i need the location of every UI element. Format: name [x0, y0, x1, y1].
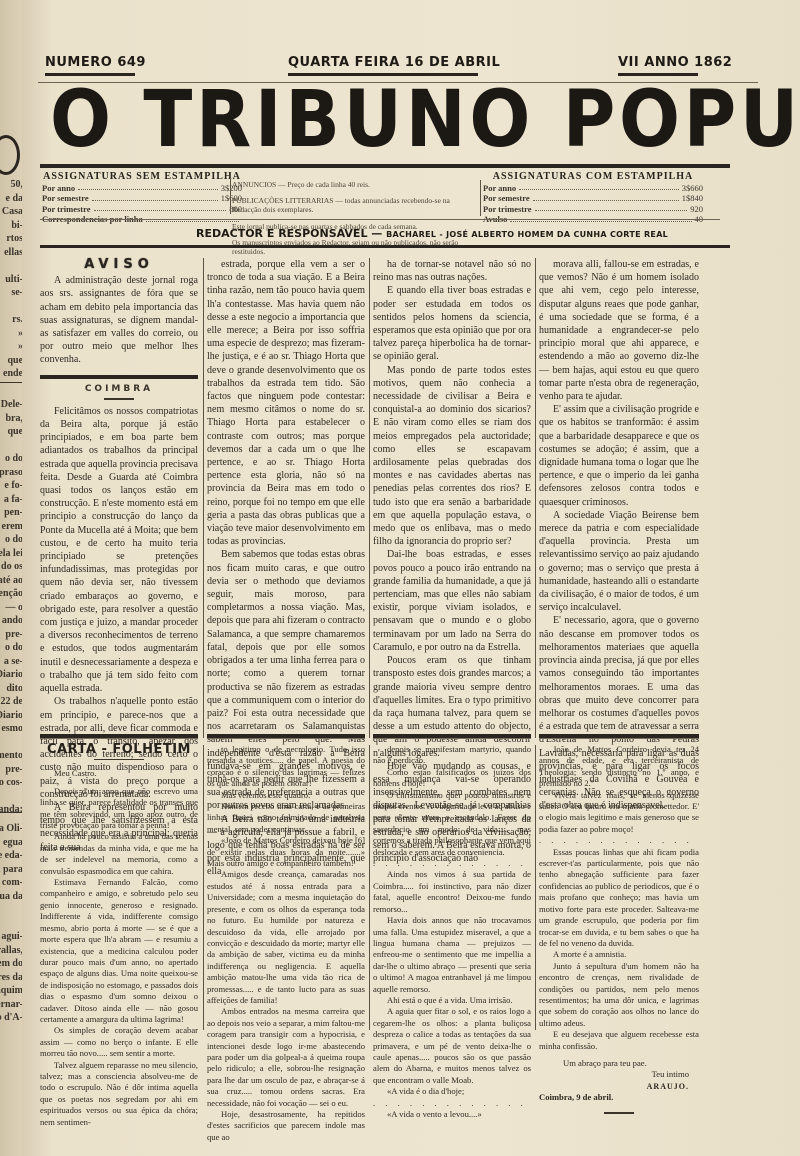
place-date: Coimbra, 9 de abril. [539, 1092, 699, 1103]
issue-year-text: VII ANNO 1862 [618, 55, 732, 70]
subscriptions-heading: ASSIGNATURAS COM ESTAMPILHA [483, 172, 703, 183]
ornament-dash [104, 398, 134, 400]
fragment-line: rs. [2, 313, 23, 327]
fragment-line [0, 790, 23, 804]
fragment-line: rtos [2, 232, 23, 246]
row-label: Por semestre [42, 193, 89, 204]
issue-number: NUMERO 649 [45, 55, 146, 76]
letter-paragraph: O christianismo quer poucos ministros e … [373, 790, 531, 858]
row-label: Por anno [483, 183, 516, 194]
letter-paragraph: A aguia quer fitar o sol, e os raios log… [373, 1006, 531, 1086]
row-label: Por semestre [483, 193, 530, 204]
fragment-line: 22 de [0, 695, 23, 709]
divider [230, 172, 231, 214]
editor-line: REDACTOR E RESPONSAVEL — BACHAREL - JOSÉ… [196, 227, 668, 240]
fragment-line [0, 439, 23, 453]
fragment-line [0, 736, 23, 750]
divider [480, 180, 481, 216]
ornament-icon [0, 135, 20, 175]
fragment-line: o do [0, 452, 23, 466]
article-paragraph: Mas pondo de parte todos estes motivos, … [373, 364, 531, 549]
fragment-line: o do [0, 641, 23, 655]
fragment-line: bi- [2, 219, 23, 233]
dot-leader [94, 204, 227, 212]
letter-paragraph: Amigos desde creança, camaradas nos estu… [207, 869, 365, 1006]
fragment-line: até ao [0, 574, 23, 588]
fragment-line: a Oli- [0, 822, 23, 836]
row-label: Por anno [42, 183, 75, 194]
signature: ARAUJO. [539, 1081, 699, 1092]
dot-leader [535, 204, 688, 212]
prev-page-text-bottom: a Oli-eguae eda-a paracom-rua da agui-va… [0, 822, 23, 1025]
letter-paragraph: «A vida é o dia d'hoje; [373, 1086, 531, 1097]
closing-line: Um abraço para teu pae. [539, 1058, 699, 1069]
dot-leader [92, 193, 218, 201]
row-price: 3$660 [682, 183, 703, 194]
divider [40, 245, 730, 248]
notice-heading: AVISO [40, 258, 198, 271]
column-4-top: morava alli, fallou-se em estradas, e qu… [539, 258, 699, 813]
fragment-line: o cos- [0, 776, 23, 790]
subscription-row: Por semestre1$600 [42, 193, 242, 204]
article-paragraph: E quando ella tiver boas estradas e pode… [373, 284, 531, 363]
fragment-line: oaquim [0, 984, 23, 998]
subscriptions-heading: ASSIGNATURAS SEM ESTAMPILHA [42, 172, 242, 183]
divider [40, 734, 198, 739]
fragment-line: pre- [0, 763, 23, 777]
fragment-line: 50, [2, 178, 23, 192]
issue-date-text: QUARTA FEIRA 16 DE ABRIL [288, 55, 500, 70]
divider [539, 734, 699, 739]
newspaper-title: O TRIBUNO POPULAR [50, 80, 694, 160]
letter-paragraph: Hoje, desastrosamente, ha repitidos d'es… [207, 1109, 365, 1143]
prev-page-rule [0, 382, 24, 383]
folhetim-column-3: depois se manifestam martyrio, quando nã… [373, 744, 531, 1120]
divider [373, 734, 531, 739]
letter-paragraph: Havia dois annos que não trocavamos uma … [373, 915, 531, 995]
letter-paragraph: «João de Mattos Cordeiro deixou hoje [6]… [207, 835, 365, 869]
fragment-line: res da [0, 971, 23, 985]
coimbra-heading: COIMBRA [40, 383, 198, 396]
letter-paragraph: A morte é a amnistia. [539, 949, 699, 960]
prev-page-rule [0, 812, 24, 813]
subscription-row: Por anno3$200 [42, 183, 242, 194]
fragment-line: ando [0, 614, 23, 628]
fragment-line: anda: [0, 803, 23, 817]
fragment-line: vallas, [0, 944, 23, 958]
divider [40, 219, 720, 220]
folhetim-column-2: to legitimo o de necrologio. Tudo isso t… [207, 744, 365, 1143]
row-price: 1$840 [682, 193, 703, 204]
letter-paragraph: to legitimo o de necrologio. Tudo isso t… [207, 744, 365, 790]
prev-page-text-middle: Dele-bra,que o doprasoe fo-a fa-pen-erem… [0, 398, 23, 817]
fragment-line [2, 259, 23, 273]
folhetim-heading: CARTA - FOLHETIM [40, 744, 198, 755]
letter-paragraph: . . . . . . . . . . . . . . . . . . . . … [373, 858, 531, 869]
column-divider [369, 258, 370, 738]
letter-paragraph: Ainda ha pouco assistia a uma das scenas… [40, 831, 198, 877]
subscription-row: Por anno3$660 [483, 183, 703, 194]
fragment-line: ulti- [2, 273, 23, 287]
article-paragraph: morava alli, fallou-se em estradas, e qu… [539, 258, 699, 403]
letter-paragraph: . . . . . . . . . . . . . . . [373, 1098, 531, 1109]
fragment-line: e da [2, 192, 23, 206]
row-price: 920 [690, 204, 703, 215]
fragment-line: mento [0, 749, 23, 763]
row-label: Por trimestre [42, 204, 91, 215]
fragment-line: e fo- [0, 479, 23, 493]
fragment-line: a para [0, 863, 23, 877]
fragment-line: enção [0, 587, 23, 601]
editor-label: REDACTOR E RESPONSAVEL — [196, 227, 382, 240]
letter-paragraph: João de Mattos Cordeiro devia ter 24 ann… [539, 744, 699, 790]
announcement-line: PUBLICAÇÕES LITTERARIAS — todas annuncia… [232, 196, 477, 214]
letter-paragraph: E eu desejava que alguem recebesse esta … [539, 1029, 699, 1052]
fragment-line: com- [0, 876, 23, 890]
editor-name: BACHAREL - JOSÉ ALBERTO HOMEM DA CUNHA C… [386, 230, 668, 239]
fragment-line: a se- [0, 655, 23, 669]
issue-date: QUARTA FEIRA 16 DE ABRIL [288, 55, 500, 76]
notice-text: A administração deste jornal roga aos sr… [40, 274, 198, 366]
column-divider [535, 258, 536, 738]
issue-number-text: NUMERO 649 [45, 55, 146, 70]
fragment-line: o do [0, 533, 23, 547]
subscriptions-without-stamp: ASSIGNATURAS SEM ESTAMPILHA Por anno3$20… [42, 172, 242, 225]
column-divider [369, 745, 370, 1030]
row-label: Por trimestre [483, 204, 532, 215]
letter-paragraph: Junto á sepultura d'um homem não ha enco… [539, 961, 699, 1029]
letter-paragraph: . . . . . . . . . . . . . . . . . . . . … [539, 835, 699, 846]
fragment-line: rua da [0, 890, 23, 904]
salutation: Meu Castro. [40, 768, 198, 779]
fragment-line: e eda- [0, 849, 23, 863]
subscription-row: Por trimestre920 [483, 204, 703, 215]
fragment-line [0, 917, 23, 931]
fragment-line: pen- [0, 506, 23, 520]
letter-paragraph: Essas poucas linhas que ahi ficam podia … [539, 847, 699, 950]
fragment-line: Diario [0, 668, 23, 682]
letter-paragraph: Estimava Fernando Falcão, como companhei… [40, 877, 198, 1025]
fragment-line: erem [0, 520, 23, 534]
column-divider [203, 258, 204, 738]
dot-leader [78, 183, 218, 191]
subscriptions-with-stamp: ASSIGNATURAS COM ESTAMPILHA Por anno3$66… [483, 172, 703, 225]
letter-paragraph: Depois d'um anno que não escrevo uma lin… [40, 786, 198, 832]
fragment-line: pre- [0, 628, 23, 642]
fragment-line: » [2, 327, 23, 341]
folhetim-column-4: João de Mattos Cordeiro devia ter 24 ann… [539, 744, 699, 1119]
fragment-line: se- [2, 286, 23, 300]
fragment-line: ellas [2, 246, 23, 260]
fragment-line: agui- [0, 930, 23, 944]
subscription-row: Por semestre1$840 [483, 193, 703, 204]
fragment-line: praso [0, 466, 23, 480]
letter-paragraph: «A vida o vento a levou....» [373, 1109, 531, 1120]
dot-leader [519, 183, 679, 191]
letter-paragraph: Vivera talvez mais, se menos quizesse sa… [539, 790, 699, 836]
fragment-line: Diario [0, 709, 23, 723]
article-paragraph: E' assim que a civilisação progride e qu… [539, 403, 699, 509]
fragment-line: » [2, 340, 23, 354]
fragment-line: — o [0, 601, 23, 615]
fragment-line [2, 300, 23, 314]
letter-paragraph: Hontem recebo uma carta, e ás primeiras … [207, 801, 365, 835]
fragment-line: em do [0, 957, 23, 971]
fragment-line: ende [2, 367, 23, 381]
fragment-line: do os [0, 560, 23, 574]
fragment-line: Casa [2, 205, 23, 219]
fragment-line: ernar- [0, 998, 23, 1012]
letter-paragraph: depois se manifestam martyrio, quando nã… [373, 744, 531, 767]
fragment-line [0, 903, 23, 917]
article-paragraph: Felicitâmos os nossos compatriotas da Be… [40, 405, 198, 695]
fragment-line: bra, [0, 412, 23, 426]
dot-leader [146, 214, 239, 222]
fragment-line: Dele- [0, 398, 23, 412]
letter-paragraph: Ambos entrados na mesma carreira que ao … [207, 1006, 365, 1109]
fragment-line: o d'A- [0, 1011, 23, 1025]
article-paragraph: ha de tornar-se notavel não só no reino … [373, 258, 531, 284]
issue-year: VII ANNO 1862 [618, 55, 732, 76]
announcements-info: ANNUNCIOS — Preço de cada linha 40 reis.… [232, 172, 477, 264]
article-paragraph: A sociedade Viação Beirense bem merece d… [539, 509, 699, 615]
fragment-line: esmo [0, 722, 23, 736]
underline [94, 759, 144, 760]
fragment-line: a fa- [0, 493, 23, 507]
fragment-line: ela lei [0, 547, 23, 561]
divider [207, 734, 365, 739]
ornament-dash [604, 1112, 634, 1114]
letter-paragraph: Ahi está o que é a vida. Uma irrisão. [373, 995, 531, 1006]
letter-paragraph: Como estão falsificados os juizos dos ho… [373, 767, 531, 790]
dot-leader [510, 214, 691, 222]
subscription-row: Por trimestre800 [42, 204, 242, 215]
column-divider [203, 745, 204, 1030]
dot-leader [533, 193, 679, 201]
divider [40, 164, 730, 168]
prev-page-text-top: 50,e daCasabi-rtosellas ulti-se- rs.»»qu… [2, 178, 23, 381]
fragment-line: egua [0, 836, 23, 850]
column-divider [535, 745, 536, 1030]
article-paragraph: Dai-lhe boas estradas, e esses povos pou… [373, 548, 531, 654]
divider [40, 375, 198, 379]
article-paragraph: estrada, porque ella vem a ser o tronco … [207, 258, 365, 548]
fragment-line: que [2, 354, 23, 368]
letter-paragraph: Os simples de coração devem acabar assim… [40, 1025, 198, 1059]
letter-paragraph: Mas velemos este quadro. [207, 790, 365, 801]
signoff: Teu intimo [539, 1069, 699, 1080]
fragment-line: que [0, 425, 23, 439]
announcement-line: ANNUNCIOS — Preço de cada linha 40 reis. [232, 180, 477, 189]
letter-paragraph: Talvez alguem reparasse no meu silencio,… [40, 1060, 198, 1128]
letter-paragraph: Ainda nos vimos á sua partida de Coimbra… [373, 869, 531, 915]
folhetim-column-1: CARTA - FOLHETIM Meu Castro. Depois d'um… [40, 744, 198, 1128]
fragment-line: dito [0, 682, 23, 696]
